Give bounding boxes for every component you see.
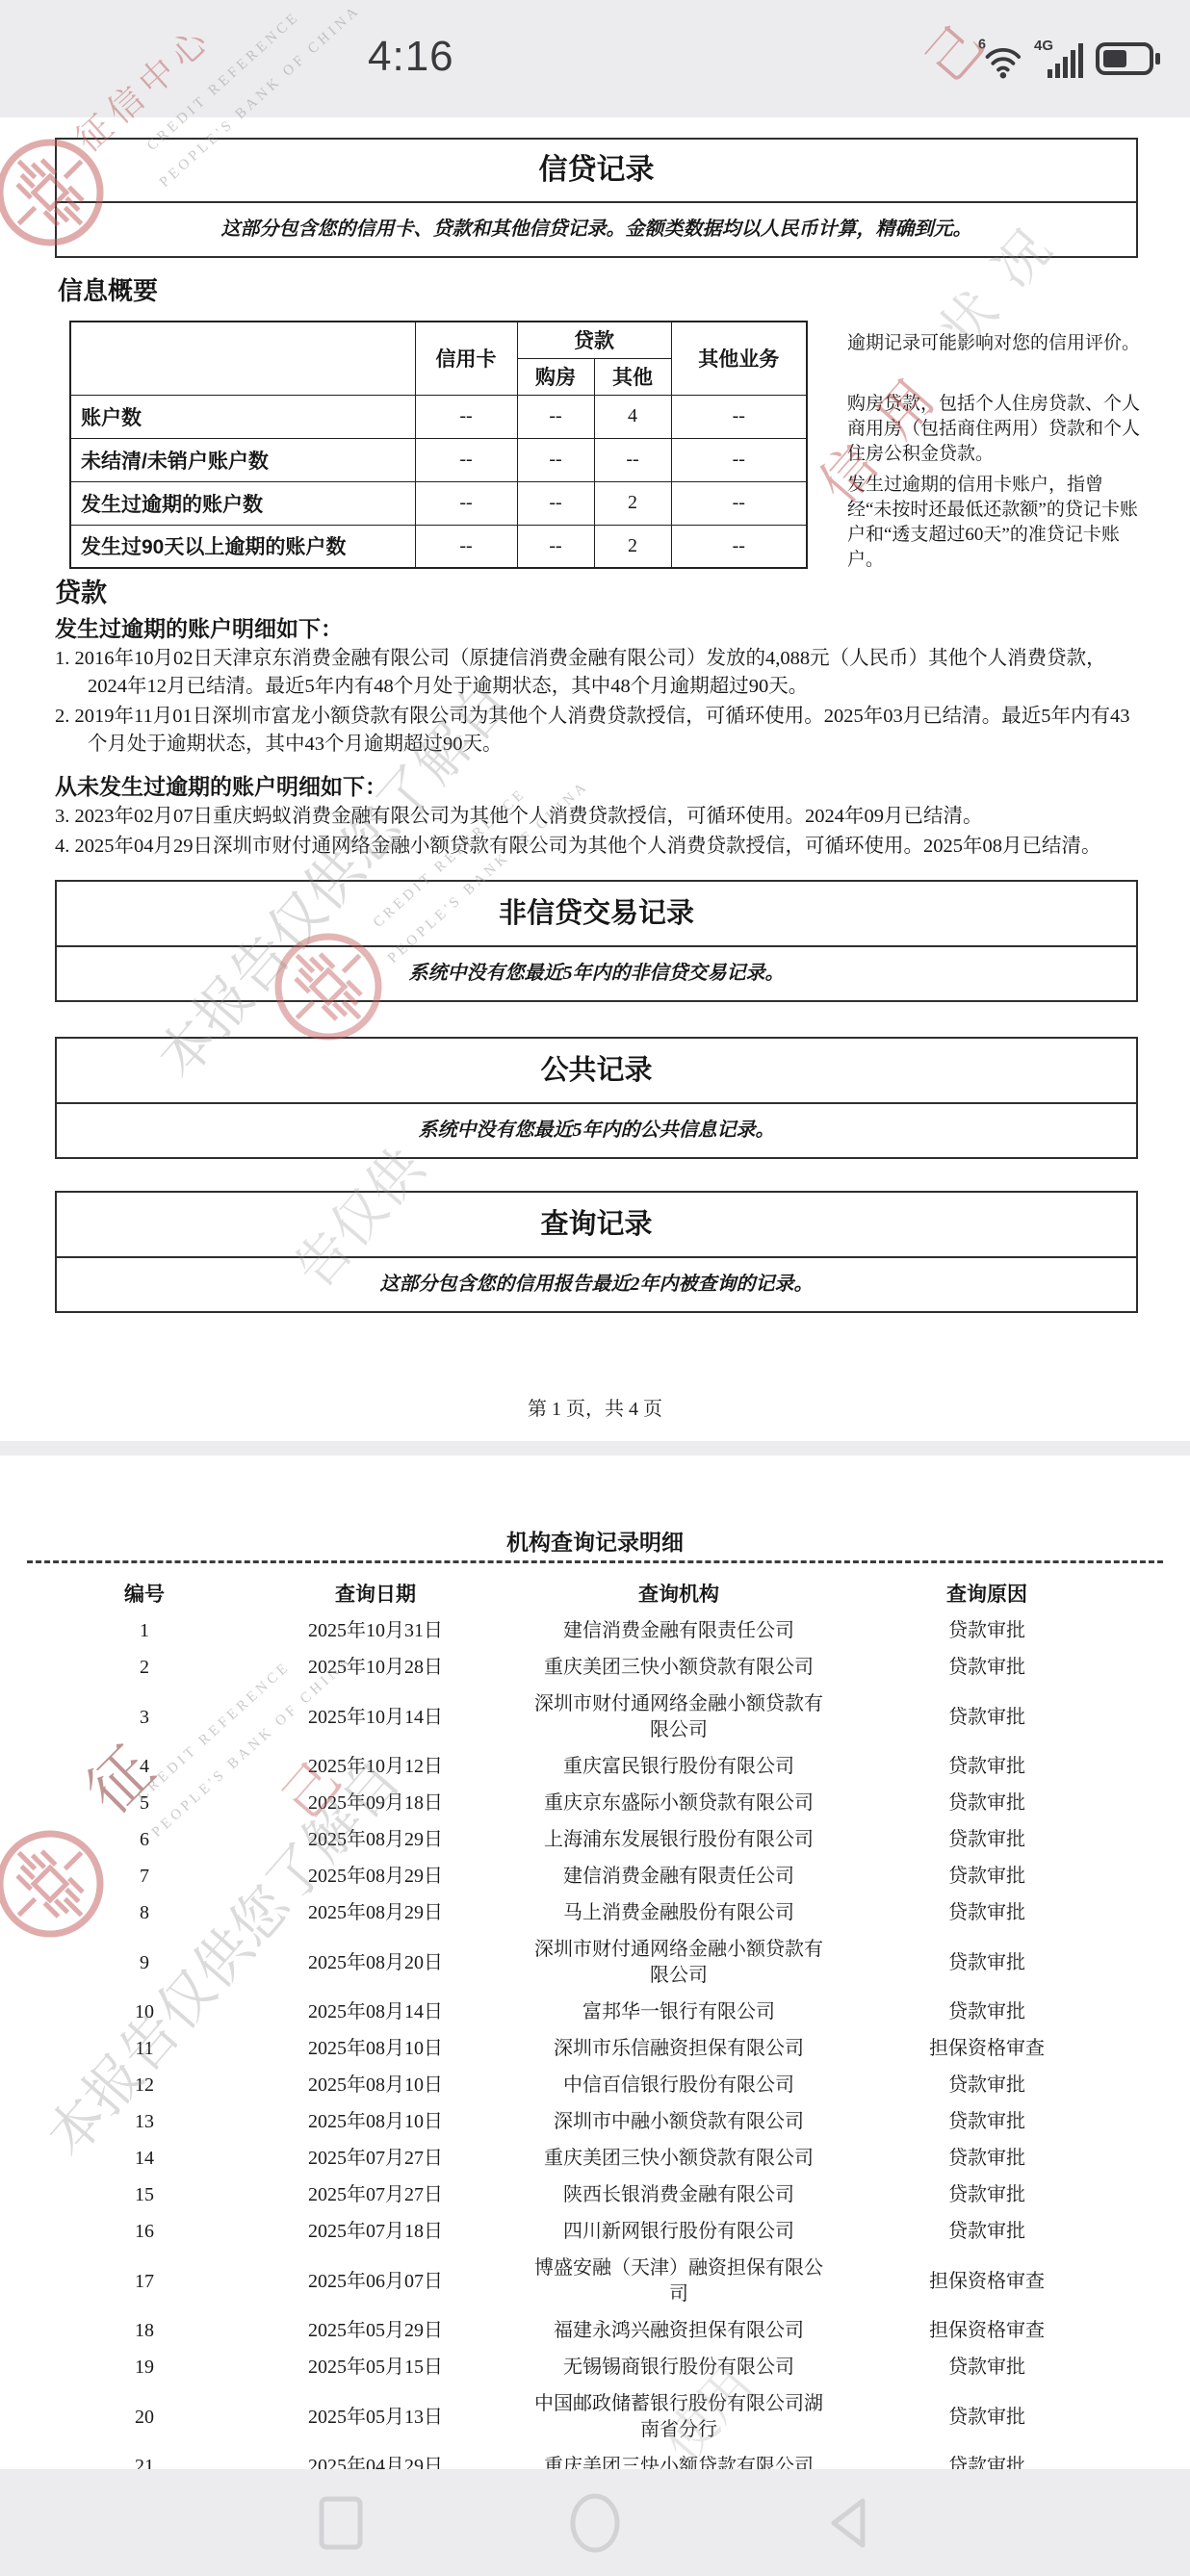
cell-org: 四川新网银行股份有限公司 — [520, 2214, 838, 2251]
cell-date: 2025年08月10日 — [231, 2068, 520, 2104]
query-row: 172025年06月07日博盛安融（天津）融资担保有限公司担保资格审查 — [58, 2251, 1136, 2313]
cell-date: 2025年08月29日 — [231, 1859, 520, 1895]
cell-date: 2025年07月27日 — [231, 2177, 520, 2214]
col-header-other-biz: 其他业务 — [671, 322, 807, 395]
summary-row: 发生过逾期的账户数 -- -- 2 -- — [70, 481, 807, 525]
cell-reason: 贷款审批 — [838, 1613, 1136, 1650]
box-title: 公共记录 — [57, 1039, 1136, 1104]
cell-date: 2025年08月14日 — [231, 1995, 520, 2031]
cell-date: 2025年06月07日 — [231, 2251, 520, 2313]
query-row: 62025年08月29日上海浦东发展银行股份有限公司贷款审批 — [58, 1822, 1136, 1859]
cell-value: 4 — [594, 395, 671, 438]
cell-no: 19 — [58, 2350, 231, 2386]
query-header-row: 编号 查询日期 查询机构 查询原因 — [58, 1571, 1136, 1613]
report-page-2: 机构查询记录明细 编号 查询日期 查询机构 查询原因 12025年10月31日建… — [0, 1455, 1190, 2469]
nav-back-button[interactable] — [822, 2492, 876, 2554]
cell-reason: 贷款审批 — [838, 2449, 1136, 2469]
dashed-divider — [27, 1560, 1163, 1563]
row-label: 发生过逾期的账户数 — [70, 481, 415, 525]
cell-org: 建信消费金融有限责任公司 — [520, 1613, 838, 1650]
query-row: 72025年08月29日建信消费金融有限责任公司贷款审批 — [58, 1859, 1136, 1895]
summary-row: 账户数 -- -- 4 -- — [70, 395, 807, 438]
nav-home-button[interactable] — [568, 2492, 622, 2554]
col-header-loan: 贷款 — [517, 322, 671, 358]
cell-date: 2025年10月28日 — [231, 1650, 520, 1687]
cell-reason: 贷款审批 — [838, 1687, 1136, 1749]
loan-item: 2. 2019年11月01日深圳市富龙小额贷款有限公司为其他个人消费贷款授信，可… — [55, 703, 1139, 759]
col-header-no: 编号 — [58, 1571, 231, 1613]
cell-date: 2025年08月29日 — [231, 1822, 520, 1859]
cell-reason: 贷款审批 — [838, 2386, 1136, 2449]
cell-date: 2025年10月31日 — [231, 1613, 520, 1650]
box-title: 非信贷交易记录 — [57, 882, 1136, 947]
cell-value: -- — [517, 525, 594, 568]
cell-value: -- — [415, 438, 517, 481]
android-nav-bar — [0, 2469, 1190, 2576]
cell-no: 9 — [58, 1932, 231, 1995]
overdue-accounts-heading: 发生过逾期的账户明细如下： — [55, 614, 1139, 643]
cell-value: -- — [671, 525, 807, 568]
cell-reason: 贷款审批 — [838, 2177, 1136, 2214]
loan-item: 1. 2016年10月02日天津京东消费金融有限公司（原捷信消费金融有限公司）发… — [55, 645, 1139, 701]
cell-date: 2025年07月18日 — [231, 2214, 520, 2251]
query-row: 42025年10月12日重庆富民银行股份有限公司贷款审批 — [58, 1749, 1136, 1786]
cell-date: 2025年08月20日 — [231, 1932, 520, 1995]
cell-no: 8 — [58, 1895, 231, 1932]
cell-no: 5 — [58, 1786, 231, 1822]
query-row: 112025年08月10日深圳市乐信融资担保有限公司担保资格审查 — [58, 2031, 1136, 2068]
cell-no: 1 — [58, 1613, 231, 1650]
cell-no: 6 — [58, 1822, 231, 1859]
cell-reason: 贷款审批 — [838, 2214, 1136, 2251]
cell-org: 博盛安融（天津）融资担保有限公司 — [520, 2251, 838, 2313]
cell-org: 陕西长银消费金融有限公司 — [520, 2177, 838, 2214]
page-number-footer: 第 1 页，共 4 页 — [0, 1393, 1190, 1421]
cell-reason: 贷款审批 — [838, 2104, 1136, 2141]
cell-reason: 贷款审批 — [838, 1749, 1136, 1786]
cell-org: 深圳市财付通网络金融小额贷款有限公司 — [520, 1932, 838, 1995]
cell-org: 上海浦东发展银行股份有限公司 — [520, 1822, 838, 1859]
cell-value: 2 — [594, 481, 671, 525]
query-row: 212025年04月29日重庆美团三快小额贷款有限公司贷款审批 — [58, 2449, 1136, 2469]
wifi-icon: 6 — [978, 37, 1022, 86]
cell-reason: 贷款审批 — [838, 1822, 1136, 1859]
back-triangle-icon — [826, 2495, 872, 2551]
cell-org: 重庆美团三快小额贷款有限公司 — [520, 2449, 838, 2469]
status-bar: 4:16 6 4G — [0, 0, 1190, 117]
query-row: 92025年08月20日深圳市财付通网络金融小额贷款有限公司贷款审批 — [58, 1932, 1136, 1995]
cell-value: -- — [415, 481, 517, 525]
no-overdue-accounts-heading: 从未发生过逾期的账户明细如下： — [55, 772, 1139, 801]
cell-value: -- — [517, 438, 594, 481]
cell-no: 15 — [58, 2177, 231, 2214]
cell-org: 重庆美团三快小额贷款有限公司 — [520, 1650, 838, 1687]
query-row: 82025年08月29日马上消费金融股份有限公司贷款审批 — [58, 1895, 1136, 1932]
query-row: 122025年08月10日中信百信银行股份有限公司贷款审批 — [58, 2068, 1136, 2104]
cell-no: 7 — [58, 1859, 231, 1895]
query-row: 162025年07月18日四川新网银行股份有限公司贷款审批 — [58, 2214, 1136, 2251]
home-circle-icon — [568, 2492, 622, 2554]
cell-value: -- — [517, 481, 594, 525]
cell-value: -- — [671, 438, 807, 481]
cell-reason: 担保资格审查 — [838, 2313, 1136, 2350]
query-row: 142025年07月27日重庆美团三快小额贷款有限公司贷款审批 — [58, 2141, 1136, 2177]
cell-date: 2025年05月29日 — [231, 2313, 520, 2350]
cell-no: 2 — [58, 1650, 231, 1687]
public-records-box: 公共记录 系统中没有您最近5年内的公共信息记录。 — [55, 1037, 1138, 1159]
col-header-reason: 查询原因 — [838, 1571, 1136, 1613]
cell-org: 重庆京东盛际小额贷款有限公司 — [520, 1786, 838, 1822]
cell-reason: 贷款审批 — [838, 1650, 1136, 1687]
note-house-loan: 购房贷款，包括个人住房贷款、个人商用房（包括商住两用）贷款和个人住房公积金贷款。 — [847, 392, 1141, 467]
summary-corner-cell — [70, 322, 415, 395]
credit-records-section-header: 信贷记录 这部分包含您的信用卡、贷款和其他信贷记录。金额类数据均以人民币计算，精… — [55, 138, 1138, 258]
cell-no: 17 — [58, 2251, 231, 2313]
cell-org: 建信消费金融有限责任公司 — [520, 1859, 838, 1895]
section-description: 这部分包含您的信用卡、贷款和其他信贷记录。金额类数据均以人民币计算，精确到元。 — [57, 203, 1136, 256]
summary-row: 发生过90天以上逾期的账户数 -- -- 2 -- — [70, 525, 807, 568]
non-credit-records-box: 非信贷交易记录 系统中没有您最近5年内的非信贷交易记录。 — [55, 880, 1138, 1002]
cell-no: 13 — [58, 2104, 231, 2141]
box-title: 查询记录 — [57, 1193, 1136, 1258]
cell-org: 重庆美团三快小额贷款有限公司 — [520, 2141, 838, 2177]
box-description: 系统中没有您最近5年内的公共信息记录。 — [57, 1104, 1136, 1157]
query-records-table: 编号 查询日期 查询机构 查询原因 12025年10月31日建信消费金融有限责任… — [58, 1571, 1136, 2469]
cell-date: 2025年10月12日 — [231, 1749, 520, 1786]
cell-no: 11 — [58, 2031, 231, 2068]
query-row: 132025年08月10日深圳市中融小额贷款有限公司贷款审批 — [58, 2104, 1136, 2141]
cell-value: -- — [671, 395, 807, 438]
cell-reason: 贷款审批 — [838, 1786, 1136, 1822]
summary-row: 未结清/未销户账户数 -- -- -- -- — [70, 438, 807, 481]
summary-table: 信用卡 贷款 其他业务 购房 其他 账户数 -- -- 4 -- 未结清/未销户… — [69, 321, 808, 569]
col-header-loan-other: 其他 — [594, 358, 671, 395]
cell-reason: 担保资格审查 — [838, 2251, 1136, 2313]
cell-org: 深圳市乐信融资担保有限公司 — [520, 2031, 838, 2068]
row-label: 未结清/未销户账户数 — [70, 438, 415, 481]
summary-heading: 信息概要 — [58, 271, 158, 307]
cell-date: 2025年05月13日 — [231, 2386, 520, 2449]
query-row: 182025年05月29日福建永鸿兴融资担保有限公司担保资格审查 — [58, 2313, 1136, 2350]
cell-org: 中信百信银行股份有限公司 — [520, 2068, 838, 2104]
cell-value: -- — [594, 438, 671, 481]
cell-no: 21 — [58, 2449, 231, 2469]
query-row: 12025年10月31日建信消费金融有限责任公司贷款审批 — [58, 1613, 1136, 1650]
query-row: 202025年05月13日中国邮政储蓄银行股份有限公司湖南省分行贷款审批 — [58, 2386, 1136, 2449]
cell-org: 深圳市财付通网络金融小额贷款有限公司 — [520, 1687, 838, 1749]
cell-reason: 贷款审批 — [838, 2141, 1136, 2177]
cell-date: 2025年07月27日 — [231, 2141, 520, 2177]
box-description: 系统中没有您最近5年内的非信贷交易记录。 — [57, 947, 1136, 1000]
summary-notes: 逾期记录可能影响对您的信用评价。 购房贷款，包括个人住房贷款、个人商用房（包括商… — [847, 331, 1141, 573]
report-page-1: 信贷记录 这部分包含您的信用卡、贷款和其他信贷记录。金额类数据均以人民币计算，精… — [0, 117, 1190, 1441]
cell-value: -- — [671, 481, 807, 525]
query-table-title: 机构查询记录明细 — [0, 1525, 1190, 1557]
note-credit-card: 发生过逾期的信用卡账户，指曾经“未按时还最低还款额”的贷记卡账户和“透支超过60… — [847, 473, 1141, 573]
cell-value: 2 — [594, 525, 671, 568]
loans-heading: 贷款 — [55, 578, 1139, 608]
cell-date: 2025年05月15日 — [231, 2350, 520, 2386]
loan-item: 3. 2023年02月07日重庆蚂蚁消费金融有限公司为其他个人消费贷款授信，可循… — [55, 803, 1139, 831]
svg-text:6: 6 — [978, 37, 986, 52]
cell-reason: 贷款审批 — [838, 2350, 1136, 2386]
cell-reason: 贷款审批 — [838, 1932, 1136, 1995]
nav-recents-button[interactable] — [314, 2492, 368, 2554]
cell-org: 深圳市中融小额贷款有限公司 — [520, 2104, 838, 2141]
battery-icon — [1096, 41, 1163, 81]
cell-org: 福建永鸿兴融资担保有限公司 — [520, 2313, 838, 2350]
row-label: 账户数 — [70, 395, 415, 438]
cell-reason: 贷款审批 — [838, 1859, 1136, 1895]
query-row: 102025年08月14日富邦华一银行有限公司贷款审批 — [58, 1995, 1136, 2031]
cell-reason: 担保资格审查 — [838, 2031, 1136, 2068]
clock-label: 4:16 — [368, 33, 454, 81]
query-records-box: 查询记录 这部分包含您的信用报告最近2年内被查询的记录。 — [55, 1191, 1138, 1313]
cell-value: -- — [415, 525, 517, 568]
cell-no: 14 — [58, 2141, 231, 2177]
loans-section: 贷款 发生过逾期的账户明细如下： 1. 2016年10月02日天津京东消费金融有… — [55, 578, 1139, 861]
cell-org: 无锡锡商银行股份有限公司 — [520, 2350, 838, 2386]
col-header-date: 查询日期 — [231, 1571, 520, 1613]
cell-date: 2025年08月10日 — [231, 2104, 520, 2141]
cell-date: 2025年09月18日 — [231, 1786, 520, 1822]
cell-reason: 贷款审批 — [838, 1895, 1136, 1932]
cell-org: 马上消费金融股份有限公司 — [520, 1895, 838, 1932]
box-description: 这部分包含您的信用报告最近2年内被查询的记录。 — [57, 1258, 1136, 1311]
note-overdue: 逾期记录可能影响对您的信用评价。 — [847, 331, 1141, 356]
cell-value: -- — [517, 395, 594, 438]
col-header-credit-card: 信用卡 — [415, 322, 517, 395]
query-row: 52025年09月18日重庆京东盛际小额贷款有限公司贷款审批 — [58, 1786, 1136, 1822]
cell-date: 2025年10月14日 — [231, 1687, 520, 1749]
cell-no: 10 — [58, 1995, 231, 2031]
col-header-org: 查询机构 — [520, 1571, 838, 1613]
cell-no: 4 — [58, 1749, 231, 1786]
cell-no: 16 — [58, 2214, 231, 2251]
query-row: 152025年07月27日陕西长银消费金融有限公司贷款审批 — [58, 2177, 1136, 2214]
cell-date: 2025年08月10日 — [231, 2031, 520, 2068]
cell-reason: 贷款审批 — [838, 2068, 1136, 2104]
row-label: 发生过90天以上逾期的账户数 — [70, 525, 415, 568]
cell-org: 富邦华一银行有限公司 — [520, 1995, 838, 2031]
query-row: 32025年10月14日深圳市财付通网络金融小额贷款有限公司贷款审批 — [58, 1687, 1136, 1749]
loan-item: 4. 2025年04月29日深圳市财付通网络金融小额贷款有限公司为其他个人消费贷… — [55, 833, 1139, 861]
cell-no: 3 — [58, 1687, 231, 1749]
cell-no: 20 — [58, 2386, 231, 2449]
status-icons: 6 4G — [978, 37, 1163, 86]
cell-org: 重庆富民银行股份有限公司 — [520, 1749, 838, 1786]
cell-no: 18 — [58, 2313, 231, 2350]
col-header-loan-house: 购房 — [517, 358, 594, 395]
cell-date: 2025年04月29日 — [231, 2449, 520, 2469]
cell-date: 2025年08月29日 — [231, 1895, 520, 1932]
cellular-signal-icon: 4G — [1034, 37, 1084, 86]
cell-reason: 贷款审批 — [838, 1995, 1136, 2031]
svg-text:4G: 4G — [1034, 38, 1053, 54]
query-row: 192025年05月15日无锡锡商银行股份有限公司贷款审批 — [58, 2350, 1136, 2386]
section-title: 信贷记录 — [57, 140, 1136, 203]
cell-no: 12 — [58, 2068, 231, 2104]
cell-value: -- — [415, 395, 517, 438]
recents-square-icon — [318, 2495, 364, 2551]
query-row: 22025年10月28日重庆美团三快小额贷款有限公司贷款审批 — [58, 1650, 1136, 1687]
cell-org: 中国邮政储蓄银行股份有限公司湖南省分行 — [520, 2386, 838, 2449]
